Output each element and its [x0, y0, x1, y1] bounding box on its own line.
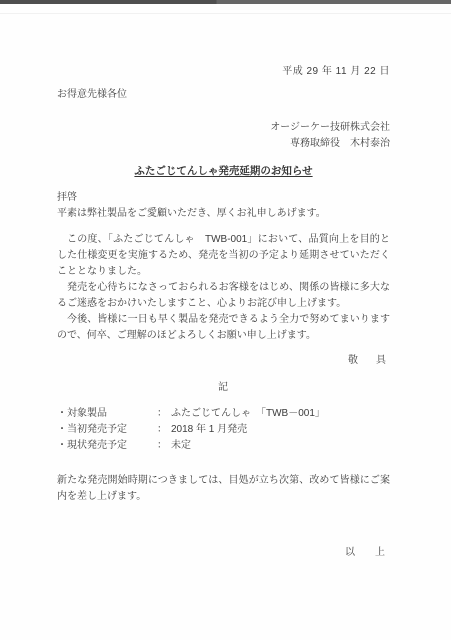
item-value: ふたごじてんしゃ 「TWB－001」 [171, 406, 390, 422]
item-label: ・現状発売予定 [57, 438, 157, 454]
item-row-target-product: ・対象製品 ： ふたごじてんしゃ 「TWB－001」 [57, 406, 390, 422]
closing-keigu: 敬 具 [57, 353, 390, 369]
item-row-original-release: ・当初発売予定 ： 2018 年 1 月発売 [57, 422, 390, 438]
paragraph-delay-announcement: この度、「ふたごじてんしゃ TWB-001」において、品質向上を目的とした仕様変… [57, 232, 390, 280]
sender-block: オージーケー技研株式会社 専務取締役 木村泰治 [57, 120, 390, 152]
letter-date: 平成 29 年 11 月 22 日 [57, 64, 390, 80]
sender-company: オージーケー技研株式会社 [57, 120, 390, 136]
paragraph-apology: 発売を心待ちになさっておられるお客様をはじめ、関係の皆様に多大なるご迷惑をおかけ… [57, 280, 390, 312]
greeting-block: 拝啓 平素は弊社製品をご愛顧いただき、厚くお礼申しあげます。 [57, 190, 390, 222]
paragraph-commitment: 今後、皆様に一日も早く製品を発売できるよう全力で努めてまいりますので、何卒、ご理… [57, 312, 390, 344]
salutation: 拝啓 [57, 190, 390, 206]
item-label: ・対象製品 [57, 406, 157, 422]
sender-representative: 専務取締役 木村泰治 [57, 136, 390, 152]
item-label: ・当初発売予定 [57, 422, 157, 438]
document-title: ふたごじてんしゃ発売延期のお知らせ [57, 163, 390, 179]
item-row-current-release: ・現状発売予定 ： 未定 [57, 438, 390, 454]
detail-items: ・対象製品 ： ふたごじてんしゃ 「TWB－001」 ・当初発売予定 ： 201… [57, 406, 390, 454]
scanned-letter-page: 平成 29 年 11 月 22 日 お得意先様各位 オージーケー技研株式会社 専… [0, 0, 451, 640]
item-colon: ： [157, 438, 171, 454]
record-heading: 記 [57, 380, 390, 396]
paragraph-thanks: 平素は弊社製品をご愛顧いただき、厚くお礼申しあげます。 [57, 206, 390, 222]
recipient-line: お得意先様各位 [57, 87, 390, 103]
document-title-text: ふたごじてんしゃ発売延期のお知らせ [134, 165, 312, 177]
letter-content: 平成 29 年 11 月 22 日 お得意先様各位 オージーケー技研株式会社 専… [0, 4, 451, 561]
item-colon: ： [157, 406, 171, 422]
item-value: 未定 [171, 438, 390, 454]
item-value: 2018 年 1 月発売 [171, 422, 390, 438]
postscript-paragraph: 新たな発売開始時期につきましては、目処が立ち次第、改めて皆様にご案内を差し上げま… [57, 473, 390, 505]
end-mark-ijou: 以 上 [57, 545, 390, 561]
item-colon: ： [157, 422, 171, 438]
